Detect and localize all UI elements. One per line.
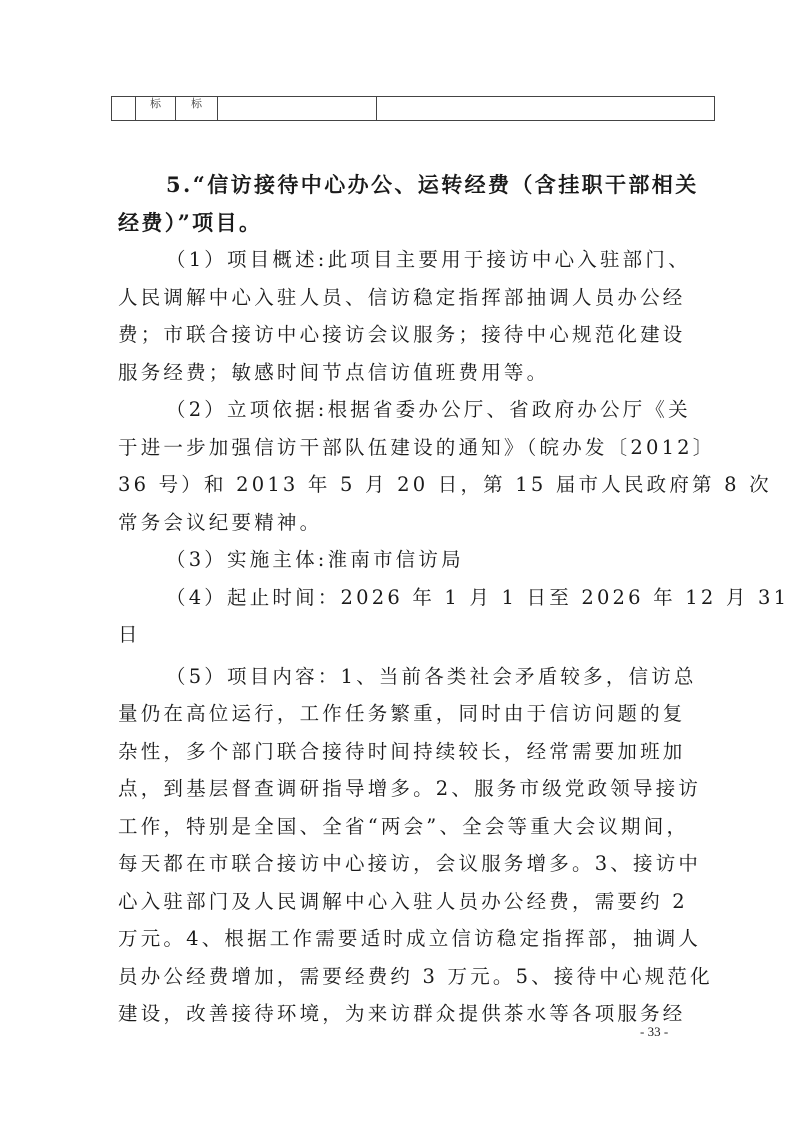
paragraph-line: 36 号）和 2013 年 5 月 20 日，第 15 届市人民政府第 8 次: [118, 466, 678, 504]
paragraph-line: 工作，特别是全国、全省“两会”、全会等重大会议期间，: [118, 808, 678, 846]
paragraph-line: 量仍在高位运行，工作任务繁重，同时由于信访问题的复: [118, 695, 678, 733]
table-row: 标 标: [112, 97, 715, 121]
paragraph-implementing-body: （3）实施主体:淮南市信访局: [118, 541, 678, 579]
paragraph-line: （1）项目概述:此项目主要用于接访中心入驻部门、: [118, 241, 678, 279]
paragraph-project-overview: （1）项目概述:此项目主要用于接访中心入驻部门、 人民调解中心入驻人员、信访稳定…: [118, 241, 678, 391]
paragraph-line: （3）实施主体:淮南市信访局: [118, 541, 678, 579]
paragraph-line: 杂性，多个部门联合接待时间持续较长，经常需要加班加: [118, 733, 678, 771]
paragraph-line: 日: [118, 616, 678, 654]
table-cell: [218, 97, 377, 121]
paragraph-line: 心入驻部门及人民调解中心入驻人员办公经费，需要约 2: [118, 883, 678, 921]
paragraph-line: （2）立项依据:根据省委办公厅、省政府办公厅《关: [118, 391, 678, 429]
paragraph-line: 于进一步加强信访干部队伍建设的通知》（皖办发〔2012〕: [118, 429, 678, 467]
paragraph-line: （5）项目内容：1、当前各类社会矛盾较多，信访总: [118, 658, 678, 696]
paragraph-line: 服务经费；敏感时间节点信访值班费用等。: [118, 354, 678, 392]
paragraph-time-period: （4）起止时间：2026 年 1 月 1 日至 2026 年 12 月 31 日: [118, 579, 678, 654]
paragraph-project-basis: （2）立项依据:根据省委办公厅、省政府办公厅《关 于进一步加强信访干部队伍建设的…: [118, 391, 678, 541]
heading-line: 经费）”项目。: [118, 204, 678, 242]
document-body: 5.“信访接待中心办公、运转经费（含挂职干部相关 经费）”项目。 （1）项目概述…: [118, 166, 678, 1033]
paragraph-line: 建设，改善接待环境，为来访群众提供茶水等各项服务经: [118, 995, 678, 1033]
table-cell: [377, 97, 715, 121]
table-cell: 标: [136, 97, 176, 121]
paragraph-line: 费；市联合接访中心接访会议服务；接待中心规范化建设: [118, 316, 678, 354]
table-cell: [112, 97, 136, 121]
paragraph-line: （4）起止时间：2026 年 1 月 1 日至 2026 年 12 月 31: [118, 579, 678, 617]
section-heading: 5.“信访接待中心办公、运转经费（含挂职干部相关 经费）”项目。: [118, 166, 678, 241]
page-number: - 33 -: [640, 1024, 668, 1040]
paragraph-line: 员办公经费增加，需要经费约 3 万元。5、接待中心规范化: [118, 958, 678, 996]
paragraph-line: 万元。4、根据工作需要适时成立信访稳定指挥部，抽调人: [118, 920, 678, 958]
paragraph-line: 常务会议纪要精神。: [118, 504, 678, 542]
table-cell: 标: [176, 97, 218, 121]
paragraph-line: 人民调解中心入驻人员、信访稳定指挥部抽调人员办公经: [118, 279, 678, 317]
paragraph-line: 点，到基层督查调研指导增多。2、服务市级党政领导接访: [118, 770, 678, 808]
paragraph-project-content: （5）项目内容：1、当前各类社会矛盾较多，信访总 量仍在高位运行，工作任务繁重，…: [118, 658, 678, 1033]
continued-table-fragment: 标 标: [111, 96, 715, 121]
heading-line: 5.“信访接待中心办公、运转经费（含挂职干部相关: [118, 166, 678, 204]
paragraph-line: 每天都在市联合接访中心接访，会议服务增多。3、接访中: [118, 845, 678, 883]
